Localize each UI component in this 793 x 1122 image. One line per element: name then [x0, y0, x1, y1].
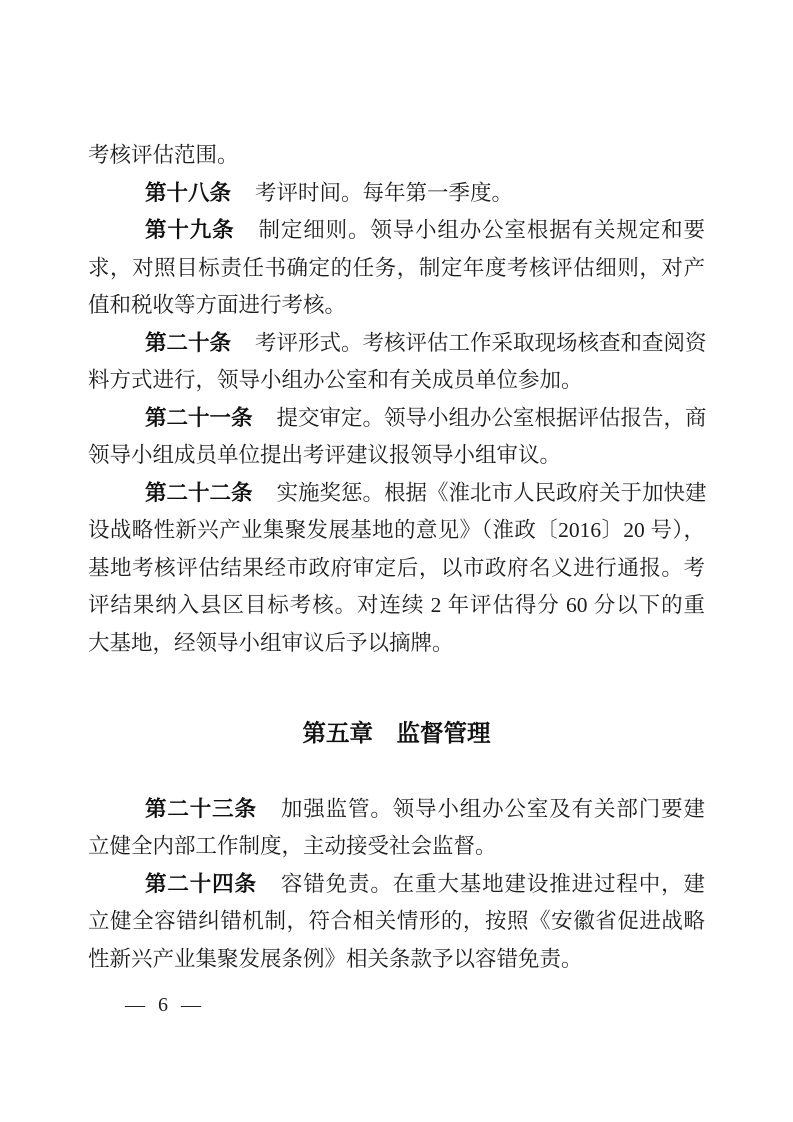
- article-24-line: 性新兴产业集聚发展条例》相关条款予以容错免责。: [88, 941, 705, 979]
- article-20-text: 考评形式。考核评估工作采取现场核查和查阅资: [255, 331, 707, 355]
- article-20-number: 第二十条: [145, 331, 231, 355]
- article-22-line: 大基地，经领导小组审议后予以摘牌。: [88, 625, 705, 663]
- article-21-text: 提交审定。领导小组办公室根据评估报告，商: [277, 406, 707, 430]
- article-19-number: 第十九条: [145, 218, 234, 242]
- article-19-line: 值和税收等方面进行考核。: [88, 287, 705, 325]
- article-22-line: 基地考核评估结果经市政府审定后，以市政府名义进行通报。考: [88, 550, 705, 588]
- article-22-text: 实施奖惩。根据《淮北市人民政府关于加快建: [277, 481, 707, 505]
- article-18-text: 考评时间。每年第一季度。: [255, 181, 513, 205]
- article-21: 第二十一条提交审定。领导小组办公室根据评估报告，商: [88, 400, 705, 438]
- article-22-line: 评结果纳入县区目标考核。对连续 2 年评估得分 60 分以下的重: [88, 587, 705, 625]
- article-19-text: 制定细则。领导小组办公室根据有关规定和要: [258, 218, 705, 242]
- article-22-number: 第二十二条: [145, 481, 253, 505]
- article-24-text: 容错免责。在重大基地建设推进过程中，建: [281, 872, 705, 896]
- page-number: — 6 —: [125, 994, 705, 1016]
- article-18: 第十八条考评时间。每年第一季度。: [88, 175, 705, 213]
- article-21-line: 领导小组成员单位提出考评建议报领导小组审议。: [88, 437, 705, 475]
- chapter-heading: 第五章 监督管理: [88, 715, 705, 753]
- article-24-line: 立健全容错纠错机制，符合相关情形的，按照《安徽省促进战略: [88, 903, 705, 941]
- article-21-number: 第二十一条: [145, 406, 253, 430]
- paragraph-continuation: 考核评估范围。: [88, 137, 705, 175]
- article-24-number: 第二十四条: [145, 872, 257, 896]
- article-24: 第二十四条容错免责。在重大基地建设推进过程中，建: [88, 866, 705, 904]
- article-23-line: 立健全内部工作制度，主动接受社会监督。: [88, 828, 705, 866]
- article-20: 第二十条考评形式。考核评估工作采取现场核查和查阅资: [88, 325, 705, 363]
- continuation-text: 考核评估范围。: [88, 143, 239, 167]
- article-20-line: 料方式进行，领导小组办公室和有关成员单位参加。: [88, 362, 705, 400]
- article-19: 第十九条制定细则。领导小组办公室根据有关规定和要: [88, 212, 705, 250]
- article-18-number: 第十八条: [145, 181, 231, 205]
- article-23-number: 第二十三条: [145, 797, 257, 821]
- article-23: 第二十三条加强监管。领导小组办公室及有关部门要建: [88, 791, 705, 829]
- article-22: 第二十二条实施奖惩。根据《淮北市人民政府关于加快建: [88, 475, 705, 513]
- article-19-line: 求，对照目标责任书确定的任务，制定年度考核评估细则，对产: [88, 250, 705, 288]
- document-page: 考核评估范围。 第十八条考评时间。每年第一季度。 第十九条制定细则。领导小组办公…: [0, 0, 793, 1122]
- article-22-line: 设战略性新兴产业集聚发展基地的意见》（淮政〔2016〕20 号），: [88, 512, 705, 550]
- article-23-text: 加强监管。领导小组办公室及有关部门要建: [281, 797, 705, 821]
